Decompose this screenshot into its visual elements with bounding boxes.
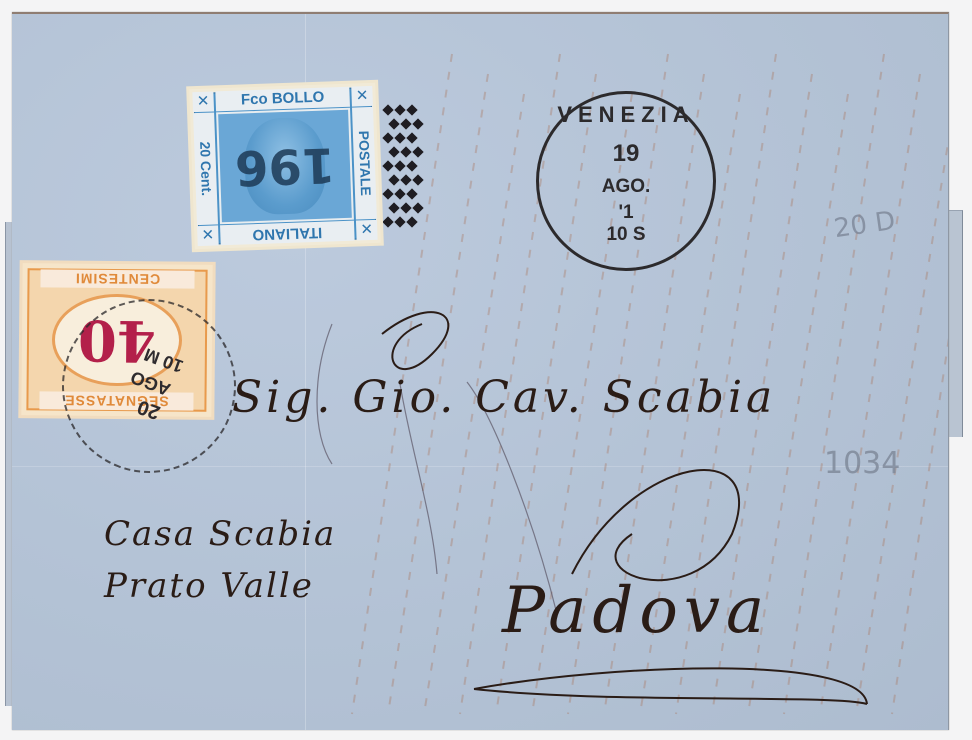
sender-line-2: Prato Valle (104, 566, 314, 606)
stamp-top-label: CENTESIMI (40, 269, 194, 288)
stamp-bottom-label: ITALIANO (220, 221, 355, 246)
stamp-right-label: POSTALE (355, 130, 373, 196)
postmark-day: 20 (135, 394, 164, 423)
pencil-note: 1034 (824, 446, 900, 481)
postmark-year: '1 (539, 202, 713, 224)
postmark-time: 10 S (539, 224, 713, 246)
postmark-month: AGO. (539, 176, 713, 198)
corner-ornament-icon: ✕ (197, 225, 219, 246)
blue-20-cent-stamp: Fco BOLLO ITALIANO 20 Cent. POSTALE ✕ ✕ … (189, 83, 380, 249)
corner-ornament-icon: ✕ (356, 220, 378, 241)
postmark-day: 19 (539, 140, 713, 168)
address-line-1: Sig. Gio. Cav. Scabia (232, 372, 776, 423)
letter-sheet: Fco BOLLO ITALIANO 20 Cent. POSTALE ✕ ✕ … (12, 12, 949, 730)
sender-line-1: Casa Scabia (104, 514, 336, 554)
numeral-cancel: 196 (234, 136, 336, 195)
stamp-value-label: 20 Cent. (197, 141, 215, 196)
postmark-city: VENEZIA (539, 102, 713, 128)
corner-ornament-icon: ✕ (192, 91, 214, 112)
address-line-2: Padova (502, 574, 770, 648)
venezia-postmark: VENEZIA 19 AGO. '1 10 S (536, 91, 716, 271)
corner-ornament-icon: ✕ (351, 86, 373, 107)
